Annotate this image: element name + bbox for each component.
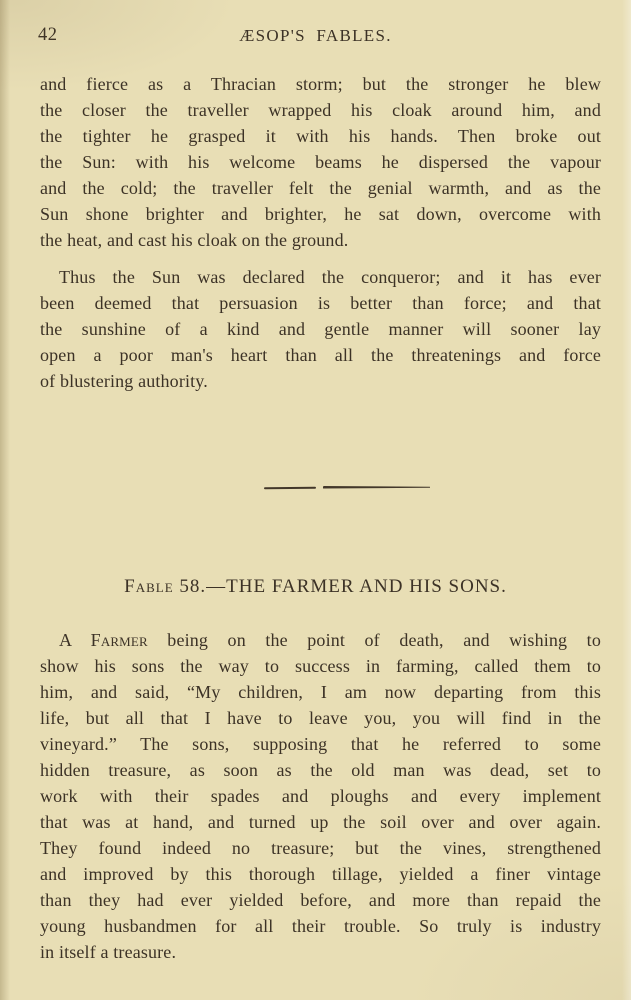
- fable-heading-label: Fable: [124, 576, 174, 597]
- paragraph-wind-sun-moral: Thus the Sun was declared the conqueror;…: [40, 264, 601, 394]
- text-line: They found indeed no treasure; but the v…: [40, 835, 601, 861]
- text-line: vineyard.” The sons, supposing that he r…: [40, 731, 601, 757]
- text-line: the Sun: with his welcome beams he dispe…: [40, 149, 601, 175]
- text-line: Thus the Sun was declared the conqueror;…: [40, 264, 601, 290]
- text-line: and improved by this thorough tillage, y…: [40, 861, 601, 887]
- text-line: him, and said, “My children, I am now de…: [40, 679, 601, 705]
- text-run: being on the point of death, and wishing…: [148, 630, 601, 650]
- text-line: and the cold; the traveller felt the gen…: [40, 175, 601, 201]
- text-line: the sunshine of a kind and gentle manner…: [40, 316, 601, 342]
- book-page: 42 ÆSOP'S FABLES. and fierce as a Thraci…: [0, 0, 631, 1000]
- fable-heading-title: 58.—THE FARMER AND HIS SONS.: [174, 576, 507, 597]
- rule-segment-right: [323, 486, 430, 489]
- text-line: open a poor man's heart than all the thr…: [40, 342, 601, 368]
- paragraph-farmer-and-sons: A Farmer being on the point of death, an…: [40, 627, 601, 965]
- text-run: A: [59, 630, 91, 650]
- text-line: life, but all that I have to leave you, …: [40, 705, 601, 731]
- text-line: hidden treasure, as soon as the old man …: [40, 757, 601, 783]
- text-line: of blustering authority.: [40, 368, 601, 394]
- section-divider-rule: [264, 485, 430, 490]
- text-line: than they had ever yielded before, and m…: [40, 887, 601, 913]
- text-line: show his sons the way to success in farm…: [40, 653, 601, 679]
- rule-segment-left: [264, 486, 316, 489]
- text-line: that was at hand, and turned up the soil…: [40, 809, 601, 835]
- text-line: Sun shone brighter and brighter, he sat …: [40, 201, 601, 227]
- text-line: the heat, and cast his cloak on the grou…: [40, 227, 601, 253]
- text-line: A Farmer being on the point of death, an…: [40, 627, 601, 653]
- running-header: ÆSOP'S FABLES.: [0, 26, 631, 46]
- small-caps-word: Farmer: [91, 630, 148, 650]
- fable-heading: Fable 58.—THE FARMER AND HIS SONS.: [0, 576, 631, 598]
- text-line: work with their spades and ploughs and e…: [40, 783, 601, 809]
- text-line: the closer the traveller wrapped his clo…: [40, 97, 601, 123]
- text-line: and fierce as a Thracian storm; but the …: [40, 71, 601, 97]
- text-line: the tighter he grasped it with his hands…: [40, 123, 601, 149]
- text-line: in itself a treasure.: [40, 939, 601, 965]
- text-line: been deemed that persuasion is better th…: [40, 290, 601, 316]
- text-line: young husbandmen for all their trouble. …: [40, 913, 601, 939]
- paragraph-wind-sun-conclusion: and fierce as a Thracian storm; but the …: [40, 71, 601, 253]
